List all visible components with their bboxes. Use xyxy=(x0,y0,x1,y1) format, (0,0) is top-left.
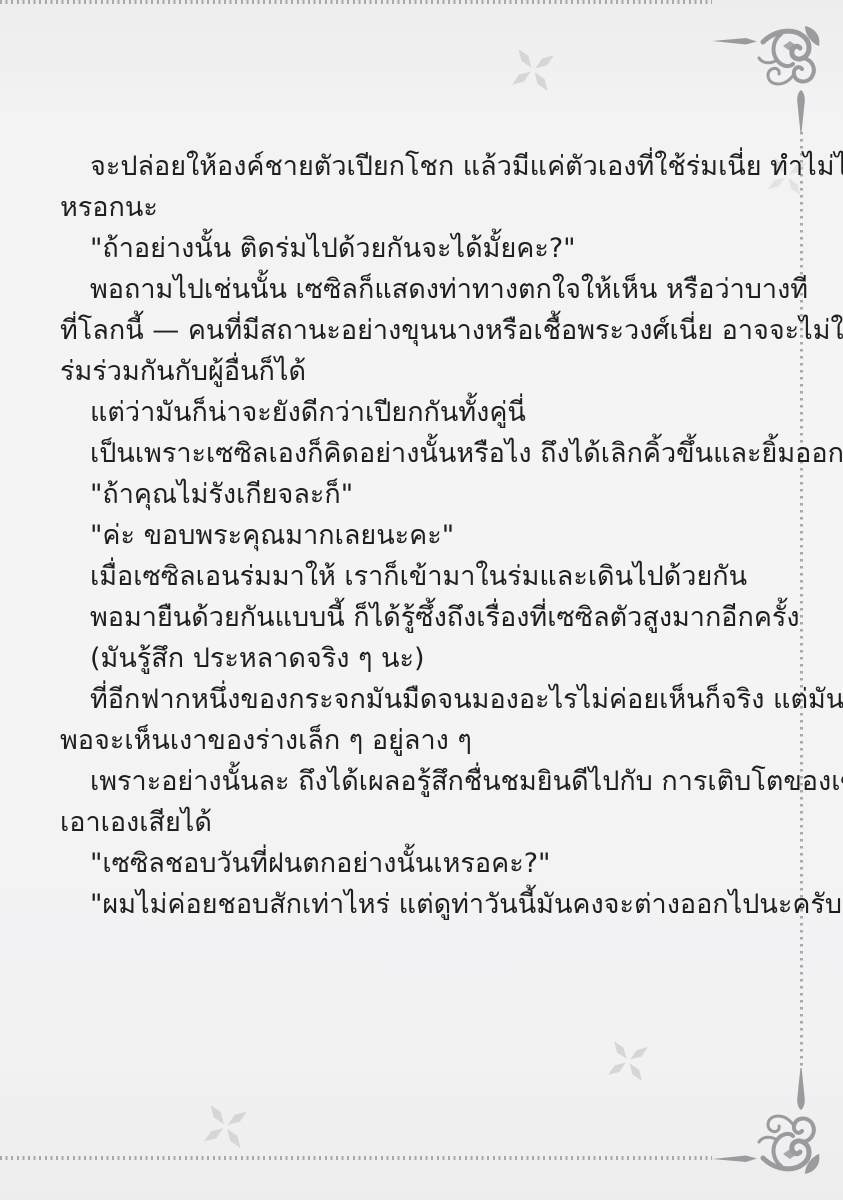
novel-page: จะปล่อยให้องค์ชายตัวเปียกโชก แล้วมีแค่ตั… xyxy=(0,0,843,1200)
text-line: "ผมไม่ค่อยชอบสักเท่าไหร่ แต่ดูท่าวันนี้ม… xyxy=(60,884,772,925)
text-line: พอมายืนด้วยกันแบบนี้ ก็ได้รู้ซึ้งถึงเรื่… xyxy=(60,597,772,638)
text-line: "ถ้าคุณไม่รังเกียจละก็" xyxy=(60,474,772,515)
text-line: ร่มร่วมกันกับผู้อื่นก็ได้ xyxy=(60,351,772,392)
text-line: พอจะเห็นเงาของร่างเล็ก ๆ อยู่ลาง ๆ xyxy=(60,720,772,761)
bottom-dotted-rule xyxy=(0,1156,712,1160)
text-line: แต่ว่ามันก็น่าจะยังดีกว่าเปียกกันทั้งคู่… xyxy=(60,392,772,433)
top-right-corner-ornament xyxy=(700,10,843,155)
text-line: "ค่ะ ขอบพระคุณมากเลยนะคะ" xyxy=(60,515,772,556)
text-line: (มันรู้สึก ประหลาดจริง ๆ นะ) xyxy=(60,638,772,679)
floral-flourish-icon xyxy=(700,10,843,155)
text-line: ที่โลกนี้ — คนที่มีสถานะอย่างขุนนางหรือเ… xyxy=(60,310,772,351)
text-line: ที่อีกฟากหนึ่งของกระจกมันมืดจนมองอะไรไม่… xyxy=(60,679,772,720)
text-line: เอาเองเสียได้ xyxy=(60,802,772,843)
sparkle-icon xyxy=(511,48,555,92)
text-line: เมื่อเซซิลเอนร่มมาให้ เราก็เข้ามาในร่มแล… xyxy=(60,556,772,597)
floral-flourish-icon xyxy=(700,1045,843,1190)
text-line: "ถ้าอย่างนั้น ติดร่มไปด้วยกันจะได้มั้ยคะ… xyxy=(60,228,772,269)
bottom-right-corner-ornament xyxy=(700,1045,843,1190)
text-line: "เซซิลชอบวันที่ฝนตกอย่างนั้นเหรอคะ?" xyxy=(60,843,772,884)
sparkle-icon xyxy=(607,1040,649,1082)
text-line: จะปล่อยให้องค์ชายตัวเปียกโชก แล้วมีแค่ตั… xyxy=(60,146,772,187)
text-line: เป็นเพราะเซซิลเองก็คิดอย่างนั้นหรือไง ถึ… xyxy=(60,433,772,474)
novel-text-block: จะปล่อยให้องค์ชายตัวเปียกโชก แล้วมีแค่ตั… xyxy=(60,146,772,925)
text-line: เพราะอย่างนั้นละ ถึงได้เผลอรู้สึกชื่นชมย… xyxy=(60,761,772,802)
text-line: หรอกนะ xyxy=(60,187,772,228)
text-line: พอถามไปเช่นนั้น เซซิลก็แสดงท่าทางตกใจให้… xyxy=(60,269,772,310)
sparkle-icon xyxy=(203,1104,248,1149)
top-dotted-rule xyxy=(0,0,712,4)
